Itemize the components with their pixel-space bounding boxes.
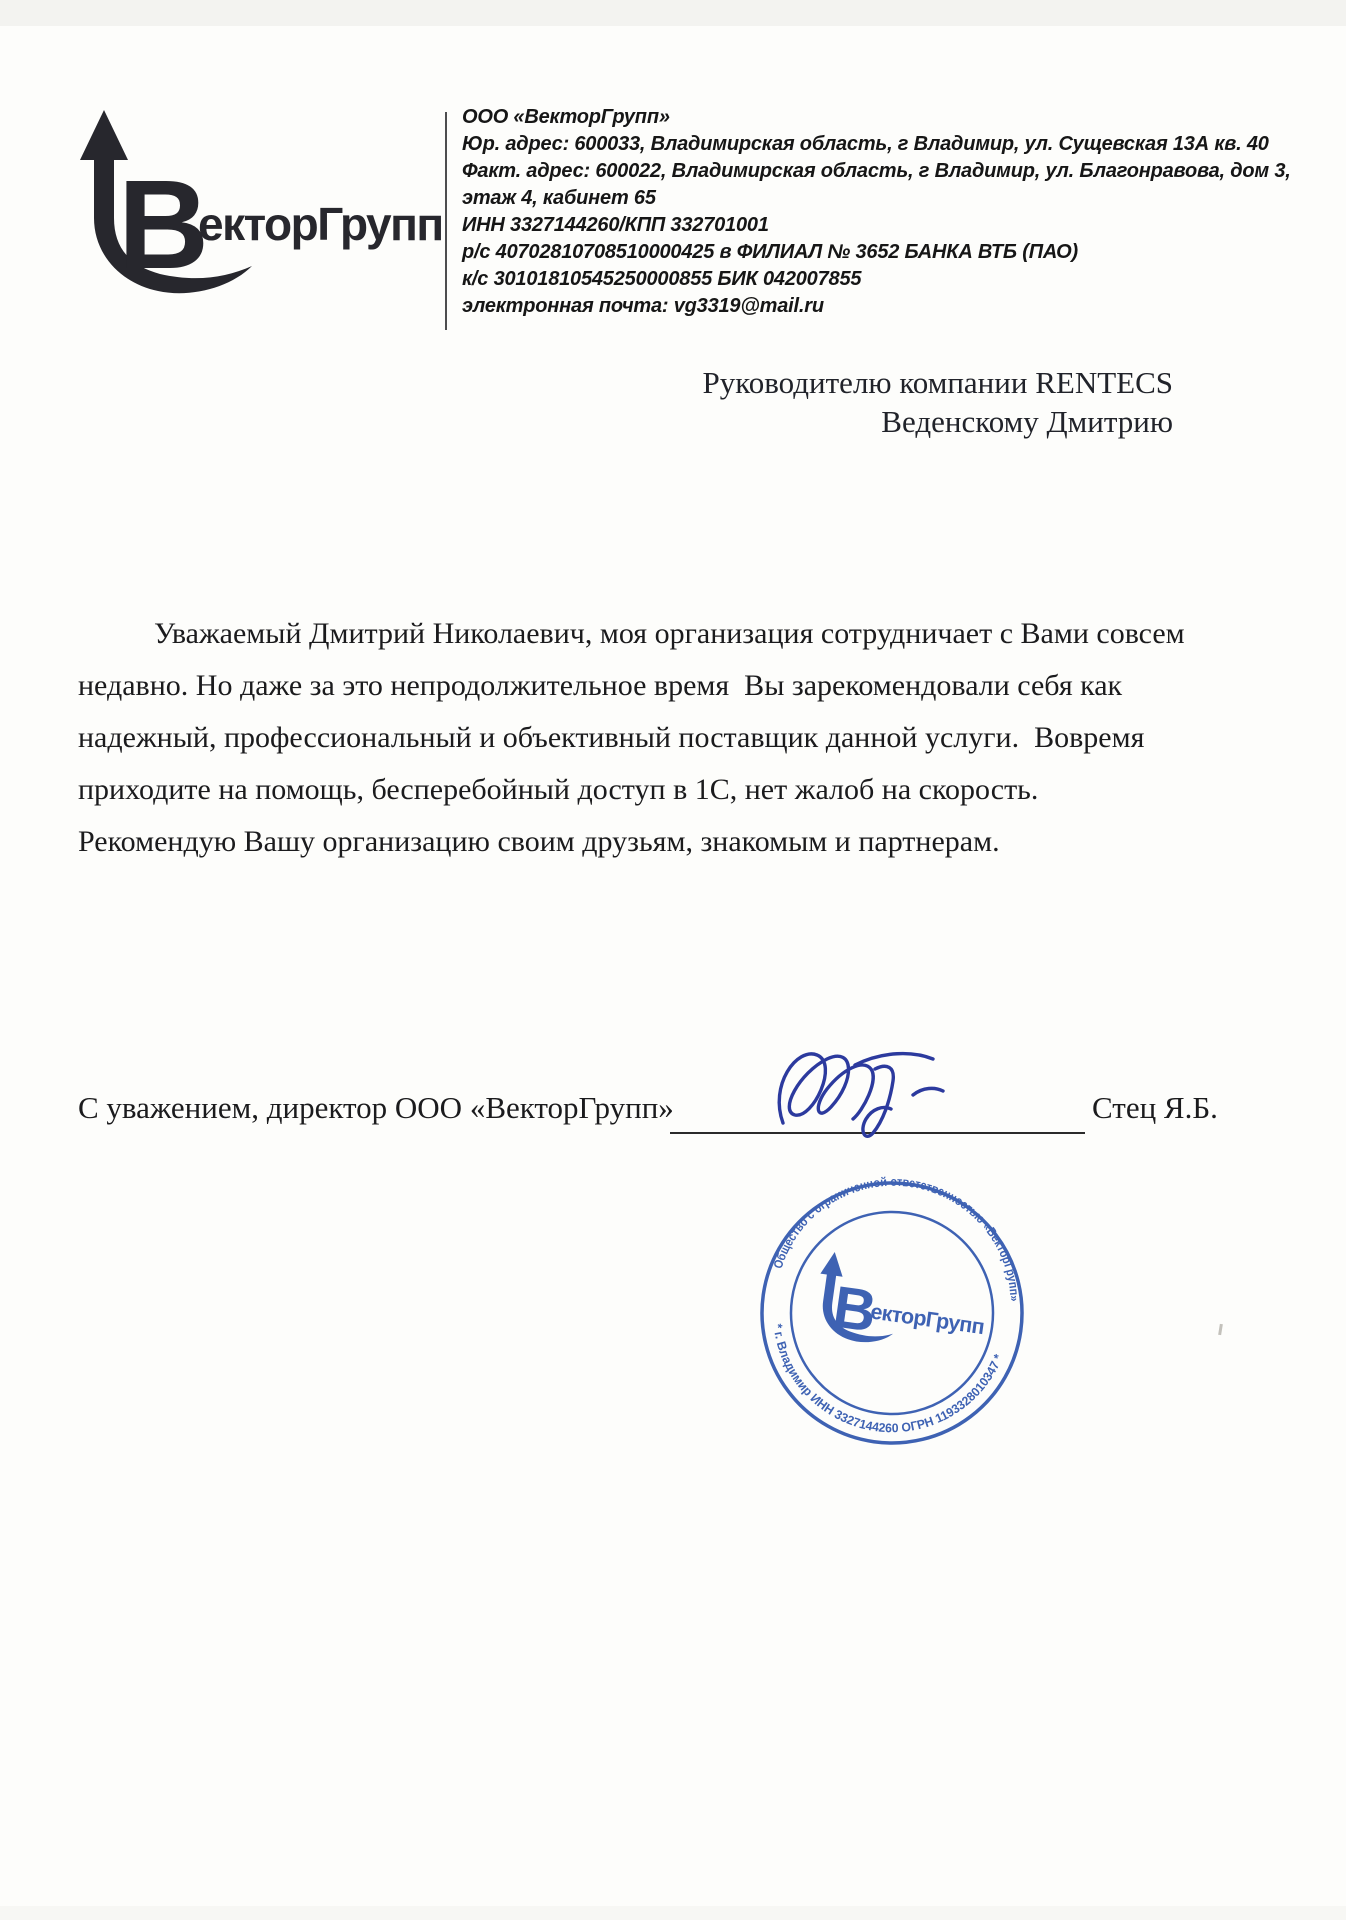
scan-artifact-band-bottom <box>0 1906 1346 1920</box>
company-logo <box>60 98 440 310</box>
actual-address-line2: этаж 4, кабинет 65 <box>462 185 1272 212</box>
email-line: электронная почта: vg3319@mail.ru <box>462 293 1272 320</box>
signature-stroke <box>855 1054 933 1065</box>
corr-account-line: к/с 30101810545250000855 БИК 042007855 <box>462 266 1272 293</box>
body-line: Рекомендую Вашу организацию своим друзья… <box>78 816 1298 868</box>
addressee-block: Руководителю компании RENTECS Веденскому… <box>703 363 1173 441</box>
stamp-logo <box>812 1250 992 1360</box>
closing-line: С уважением, директор ООО «ВекторГрупп» <box>78 1090 674 1126</box>
legal-address-line: Юр. адрес: 600033, Владимирская область,… <box>462 131 1272 158</box>
scan-artifact-band-top <box>0 0 1346 26</box>
letter-body: Уважаемый Дмитрий Николаевич, моя органи… <box>78 608 1298 868</box>
signature-flourish <box>755 1003 1155 1163</box>
stamp-top-arc-text: Общество с ограниченной ответственностью… <box>770 1173 1032 1304</box>
body-line: надежный, профессиональный и объективный… <box>78 712 1298 764</box>
body-line: приходите на помощь, бесперебойный досту… <box>78 764 1298 816</box>
actual-address-line: Факт. адрес: 600022, Владимирская област… <box>462 158 1272 185</box>
company-details: ООО «ВекторГрупп» Юр. адрес: 600033, Вла… <box>462 104 1272 320</box>
company-name-line: ООО «ВекторГрупп» <box>462 104 1272 131</box>
body-line: Уважаемый Дмитрий Николаевич, моя органи… <box>78 608 1298 660</box>
scan-artifact-mark <box>1218 1324 1223 1335</box>
letterhead-divider <box>445 112 447 330</box>
inn-kpp-line: ИНН 3327144260/КПП 332701001 <box>462 212 1272 239</box>
body-line: недавно. Но даже за это непродолжительно… <box>78 660 1298 712</box>
bank-account-line: р/с 40702810708510000425 в ФИЛИАЛ № 3652… <box>462 239 1272 266</box>
company-stamp: Общество с ограниченной ответственностью… <box>752 1173 1032 1453</box>
signature-stroke <box>913 1088 943 1095</box>
letter-page: В екторГрупп ООО «ВекторГрупп» Юр. адрес… <box>0 0 1346 1920</box>
addressee-name-line: Веденскому Дмитрию <box>703 402 1173 441</box>
addressee-role-line: Руководителю компании RENTECS <box>703 363 1173 402</box>
